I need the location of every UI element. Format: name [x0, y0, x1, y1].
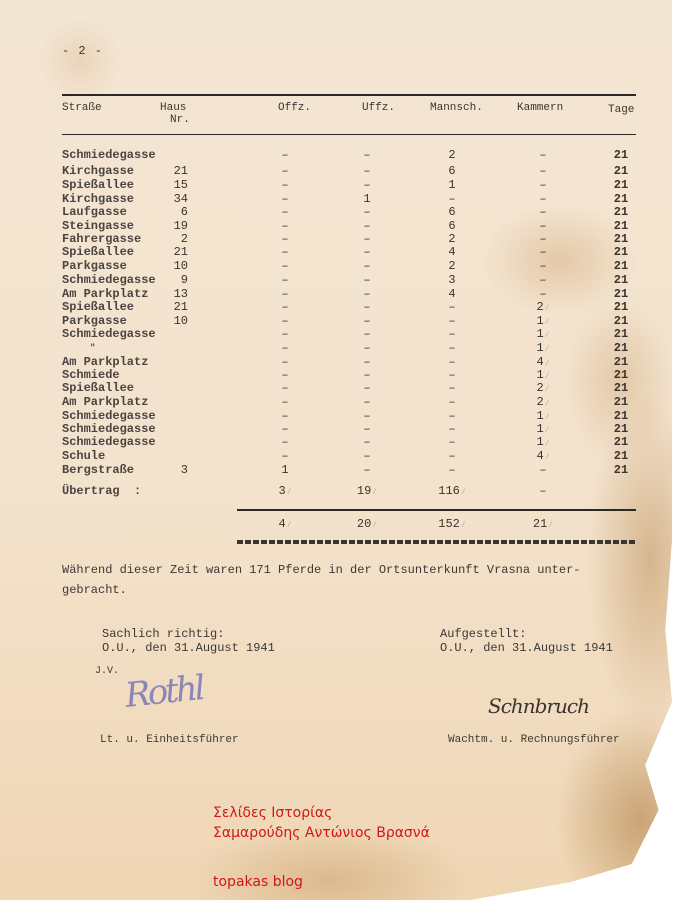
table-row: Bergstraße 3 1 – – – 21	[0, 463, 675, 477]
watermark-line-2: Σαμαρούδης Αντώνιος Βρασνά	[213, 823, 430, 843]
header-offz: Offz.	[278, 102, 311, 114]
table-row: Am Parkplatz – – – 2 21	[0, 395, 675, 409]
table-row: Schmiedegasse – – – 1 21	[0, 435, 675, 449]
table-row: Schmiedegasse – – – 1 21	[0, 422, 675, 436]
table-row: Spießallee 21 – – – 2 21	[0, 300, 675, 314]
header-kammern: Kammern	[517, 102, 563, 114]
page-number: - 2 -	[62, 44, 103, 58]
table-header-rule	[62, 134, 636, 135]
table-row: Spießallee 21 – – 4 – 21	[0, 245, 675, 259]
right-role: Wachtm. u. Rechnungsführer	[448, 730, 620, 750]
note-line-1: Während dieser Zeit waren 171 Pferde in …	[62, 560, 580, 580]
carryover-row: Übertrag : 3 19 116 –	[0, 484, 675, 498]
header-street: Straße	[62, 102, 102, 114]
table-row: Laufgasse 6 – – 6 – 21	[0, 205, 675, 219]
totals-rule	[237, 509, 636, 511]
table-row: Spießallee – – – 2 21	[0, 381, 675, 395]
header-tage: Tage	[608, 104, 634, 116]
table-row: Schule – – – 4 21	[0, 449, 675, 463]
left-jv: J.V.	[95, 662, 119, 682]
left-role: Lt. u. Einheitsführer	[100, 730, 239, 750]
table-top-rule	[62, 94, 636, 96]
totals-row: 4 20 152 21	[0, 517, 675, 531]
left-date: O.U., den 31.August 1941	[102, 638, 275, 658]
header-house-line2: Nr.	[160, 114, 190, 126]
table-row: Schmiede – – – 1 21	[0, 368, 675, 382]
watermark-link[interactable]: topakas blog	[213, 872, 303, 892]
table-row: Am Parkplatz 13 – – 4 – 21	[0, 287, 675, 301]
header-house-line1: Haus	[160, 102, 190, 114]
header-mannsch: Mannsch.	[430, 102, 483, 114]
header-house: Haus Nr.	[160, 102, 190, 126]
table-row: Kirchgasse 34 – 1 – – 21	[0, 192, 675, 206]
header-uffz: Uffz.	[362, 102, 395, 114]
table-row: Steingasse 19 – – 6 – 21	[0, 219, 675, 233]
table-row: Kirchgasse 21 – – 6 – 21	[0, 164, 675, 178]
table-row: " – – – 1 21	[0, 341, 675, 355]
table-row: Parkgasse 10 – – – 1 21	[0, 314, 675, 328]
table-row: Spießallee 15 – – 1 – 21	[0, 178, 675, 192]
table-row: Fahrergasse 2 – – 2 – 21	[0, 232, 675, 246]
table-row: Schmiedegasse 9 – – 3 – 21	[0, 273, 675, 287]
totals-double-underline	[237, 540, 636, 544]
table-row: Am Parkplatz – – – 4 21	[0, 355, 675, 369]
table-row: Parkgasse 10 – – 2 – 21	[0, 259, 675, 273]
note-line-2: gebracht.	[62, 580, 127, 600]
document-page: - 2 - Straße Haus Nr. Offz. Uffz. Mannsc…	[0, 0, 672, 900]
table-row: Schmiedegasse – – 2 – 21	[0, 148, 675, 162]
right-date: O.U., den 31.August 1941	[440, 638, 613, 658]
table-row: Schmiedegasse – – – 1 21	[0, 409, 675, 423]
right-handwritten-signature: Schnbruch	[488, 694, 589, 718]
watermark-line-1: Σελίδες Ιστορίας	[213, 803, 332, 823]
table-row: Schmiedegasse – – – 1 21	[0, 327, 675, 341]
left-handwritten-signature: Rothl	[123, 668, 204, 716]
